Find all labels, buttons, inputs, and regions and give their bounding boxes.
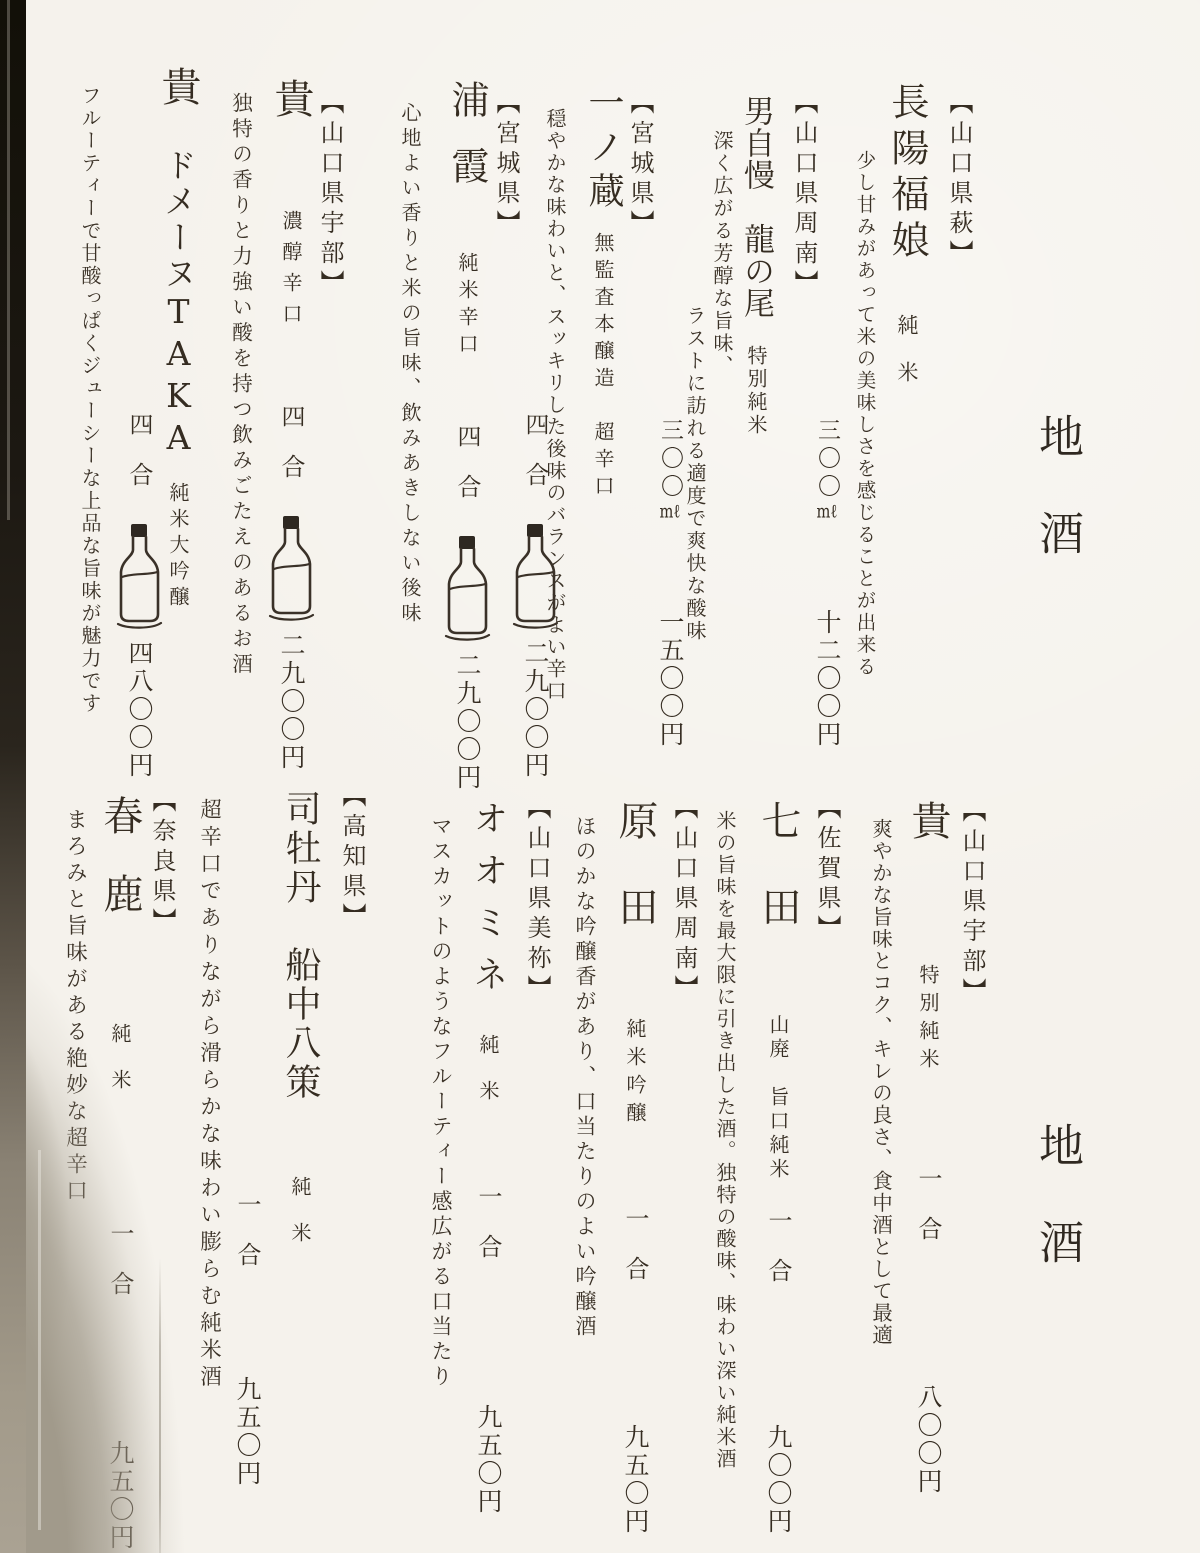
sake-price: 九〇〇円 xyxy=(764,1424,793,1536)
sake-price: 二九〇〇円 xyxy=(521,640,550,780)
sake-volume: 三〇〇 xyxy=(657,418,683,502)
sake-name: 一ノ蔵 xyxy=(583,84,624,216)
sake-name: 貴 xyxy=(155,66,201,114)
sake-description: ほのかな吟醸香があり、口当たりのよい吟醸酒 xyxy=(574,815,595,1340)
sake-menu-photo: 地酒 【山口県萩】 長陽福娘純米 少し甘みがあって米の美味しさを感じることが出来… xyxy=(0,0,1200,1553)
sake-description: 米の旨味を最大限に引き出した酒。独特の酸味、味わい深い純米酒 xyxy=(715,810,735,1470)
region-label: 【山口県宇部】 xyxy=(318,90,342,300)
sake-name-column: 貴濃醇辛口四合二九〇〇円 xyxy=(264,78,318,772)
sake-volume: 一合 xyxy=(233,1192,261,1292)
sake-price: 九五〇円 xyxy=(233,1376,262,1488)
sake-name: 司牡丹 船中八策 xyxy=(280,790,321,1102)
sake-name: 貴 xyxy=(905,800,951,848)
sake-volume-unit: mℓ xyxy=(816,502,838,521)
sake-volume: 四合 xyxy=(125,412,153,512)
sake-volume-price-column: 三〇〇mℓ一五〇〇円 xyxy=(658,418,683,749)
region-label: 【宮城県】 xyxy=(628,90,652,240)
sake-spec: 純米大吟醸 xyxy=(166,482,190,612)
sake-price: 八〇〇円 xyxy=(914,1384,943,1496)
sake-volume-price-column: 四合四八〇〇円 xyxy=(112,412,166,780)
sake-volume: 一合 xyxy=(621,1206,649,1306)
sake-volume: 一合 xyxy=(764,1208,792,1308)
section-title-top: 地酒 xyxy=(1035,413,1080,607)
sake-name-column: 貴特別純米一合八〇〇円 xyxy=(908,800,948,1496)
region-label: 【佐賀県】 xyxy=(815,795,839,945)
sake-price: 二九〇〇円 xyxy=(277,632,306,772)
sake-price: 四八〇〇円 xyxy=(125,640,154,780)
sake-name: 浦霞 xyxy=(445,80,489,212)
sake-price: 十二〇〇円 xyxy=(813,609,842,749)
sake-spec: 純米 xyxy=(476,1034,500,1126)
region-label: 【山口県宇部】 xyxy=(960,798,984,1008)
sake-description: 心地よい香りと米の旨味、飲みあきしない後味 xyxy=(400,102,420,627)
region-label: 【山口県美祢】 xyxy=(525,795,549,1005)
sake-volume: 一合 xyxy=(474,1184,502,1284)
sake-description: 超辛口でありながら滑らかな味わい膨らむ純米酒 xyxy=(198,798,220,1392)
sake-description: マスカットのようなフルーティー感広がる口当たり xyxy=(430,815,451,1390)
sake-bottle-icon xyxy=(508,522,562,628)
sake-bottle-icon xyxy=(112,522,166,628)
sake-name-column: オオミネ純米一合九五〇円 xyxy=(470,800,505,1516)
scan-shadow-blob xyxy=(0,870,185,1553)
scan-shadow-highlight xyxy=(38,1150,41,1530)
sake-name: 貴 xyxy=(268,78,314,126)
sake-name: オオミネ xyxy=(468,800,508,1008)
sake-volume: 四合 xyxy=(277,404,305,504)
sake-name: 七田 xyxy=(755,800,801,972)
sake-spec: 特別純米 xyxy=(916,964,940,1076)
section-title-bottom: 地酒 xyxy=(1035,1122,1080,1316)
sake-spec: 山廃 旨口純米 xyxy=(766,1014,790,1182)
sake-spec: 純米辛口 xyxy=(455,252,479,360)
sake-description: 爽やかな旨味とコク、キレの良さ、食中酒として最適 xyxy=(870,818,891,1346)
sake-volume: 三〇〇 xyxy=(814,418,840,502)
scan-edge-shadow xyxy=(0,0,26,1553)
sake-volume-price-column: 一合九五〇円 xyxy=(235,1192,260,1488)
sake-volume-price-column: 三〇〇mℓ十二〇〇円 xyxy=(815,418,840,749)
region-label: 【山口県萩】 xyxy=(947,90,971,270)
sake-price: 二九〇〇円 xyxy=(453,652,482,792)
sake-bottle-icon xyxy=(440,534,494,640)
sake-name: 原田 xyxy=(612,800,658,972)
sake-description: 深く広がる芳醇な旨味、 xyxy=(712,130,732,378)
sake-name: 長陽福娘 xyxy=(885,82,929,266)
sake-spec: 無監査本醸造 超辛口 xyxy=(591,232,615,502)
sake-description: 少し甘みがあって米の美味しさを感じることが出来る xyxy=(855,150,875,678)
sake-volume: 四合 xyxy=(453,424,481,524)
sake-name-column: 原田純米吟醸一合九五〇円 xyxy=(615,800,655,1536)
sake-spec: 純米 xyxy=(895,314,919,408)
region-label: 【山口県周南】 xyxy=(672,795,696,1005)
sake-name-column: 一ノ蔵無監査本醸造 超辛口 xyxy=(585,84,621,502)
region-label: 【高知県】 xyxy=(340,783,364,933)
sake-name-kana: ドメーヌ xyxy=(159,148,198,292)
sake-description: 独特の香りと力強い酸を持つ飲みごたえのあるお酒 xyxy=(230,92,251,679)
scan-edge-scratch xyxy=(7,0,10,520)
sake-volume-price-column: 四合二九〇〇円 xyxy=(508,412,562,780)
sake-description: フルーティーで甘酸っぱくジューシーな上品な旨味が魅力です xyxy=(80,85,100,715)
sake-price: 九五〇円 xyxy=(621,1424,650,1536)
sake-name-column: 司牡丹 船中八策純米 xyxy=(282,790,318,1268)
sake-spec: 濃醇辛口 xyxy=(279,210,303,334)
region-label: 【宮城県】 xyxy=(494,90,518,240)
sake-name: 男自慢 龍の尾 xyxy=(738,95,774,319)
sake-spec: 特別純米 xyxy=(744,345,768,437)
sake-name-column: 長陽福娘純米 xyxy=(888,82,926,408)
sake-price: 九五〇円 xyxy=(474,1404,503,1516)
sake-description: ラストに訪れる適度で爽快な酸味 xyxy=(685,305,705,643)
sake-volume: 一合 xyxy=(914,1166,942,1266)
sake-spec: 純米 xyxy=(288,1176,312,1268)
sake-volume-unit: mℓ xyxy=(659,502,681,521)
sake-name-column: 七田山廃 旨口純米一合九〇〇円 xyxy=(758,800,798,1536)
sake-volume: 四合 xyxy=(521,412,549,512)
sake-price: 一五〇〇円 xyxy=(656,609,685,749)
region-label: 【山口県周南】 xyxy=(792,90,816,300)
sake-name-column: 男自慢 龍の尾特別純米 xyxy=(740,95,771,437)
sake-bottle-icon xyxy=(264,514,318,620)
sake-spec: 純米吟醸 xyxy=(623,1018,647,1130)
sake-name-column: 浦霞純米辛口四合二九〇〇円 xyxy=(440,80,494,792)
page-crease xyxy=(159,1258,161,1553)
